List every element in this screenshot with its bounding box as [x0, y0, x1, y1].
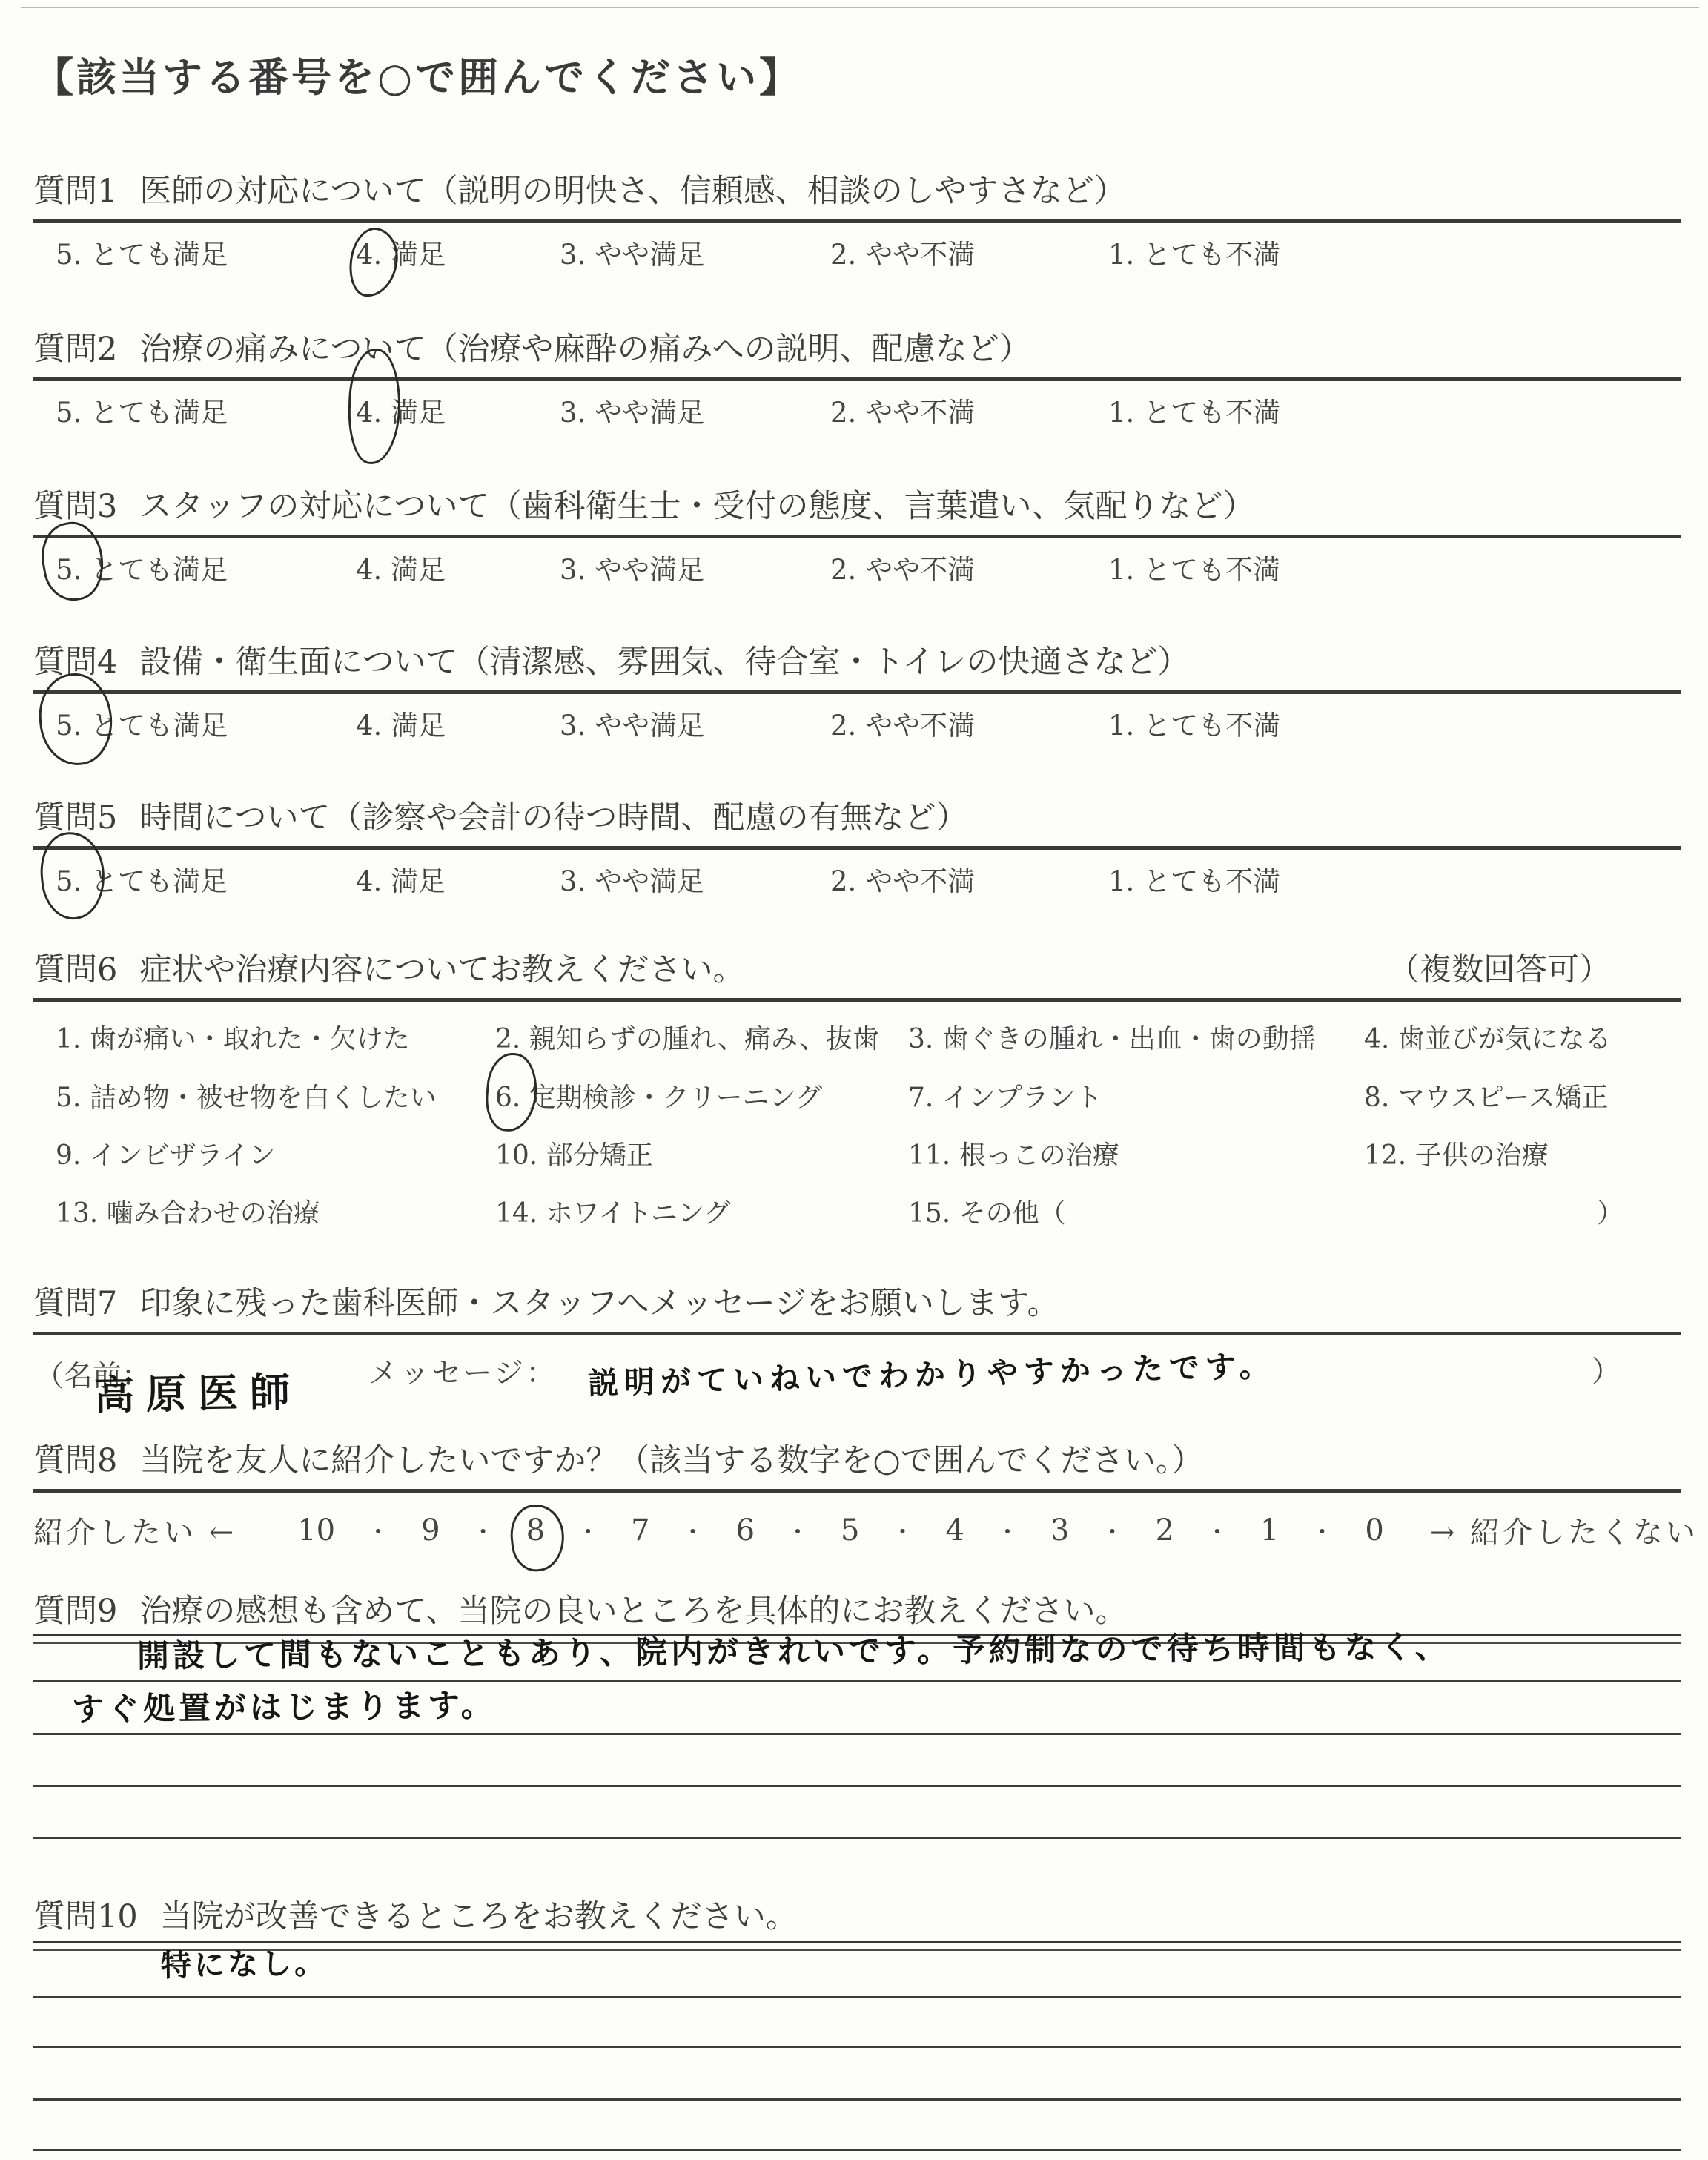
nps-scale-row: 紹介したい ← 10 ・ 9 ・ 8 ・ 7 ・ 6 ・ 5 ・ 4 ・ 3 ・… — [33, 1509, 1681, 1551]
question-1: 質問1 医師の対応について（説明の明快さ、信頼感、相談のしやすさなど） 5. と… — [33, 174, 1681, 271]
option: 1. とても不満 — [1108, 555, 1681, 587]
question-text: 当院を友人に紹介したいですか？（該当する数字を○で囲んでください。） — [139, 1444, 1203, 1479]
scale-number: 0 — [1343, 1513, 1406, 1548]
question-label: 質問6 — [33, 953, 117, 988]
answer-line — [33, 1785, 1681, 1787]
question-6-options-row-4: 13. 噛み合わせの治療 14. ホワイトニング 15. その他（ ） — [33, 1198, 1681, 1229]
question-text: 医師の対応について（説明の明快さ、信頼感、相談のしやすさなど） — [139, 174, 1125, 209]
question-10: 質問10 当院が改善できるところをお教えください。 特になし。 — [33, 1900, 1681, 2156]
option: 4. 満足 — [356, 710, 560, 742]
option: 1. とても不満 — [1108, 710, 1681, 742]
question-7-title: 質問7 印象に残った歯科医師・スタッフへメッセージをお願いします。 — [33, 1287, 1681, 1321]
question-1-options: 5. とても満足 4. 満足 3. やや満足 2. やや不満 1. とても不満 — [33, 240, 1681, 271]
answer-line — [33, 2046, 1681, 2048]
question-6-options-row-2: 5. 詰め物・被せ物を白くしたい 6. 定期検診・クリーニング 7. インプラン… — [33, 1083, 1681, 1113]
message-field-label: メッセージ： — [368, 1350, 558, 1392]
scale-separator: ・ — [1301, 1513, 1343, 1548]
question-4-title: 質問4 設備・衛生面について（清潔感、雰囲気、待合室・トイレの快適さなど） — [33, 645, 1681, 680]
scan-edge-artifact — [21, 7, 1699, 8]
question-8-title: 質問8 当院を友人に紹介したいですか？（該当する数字を○で囲んでください。） — [33, 1444, 1681, 1479]
scale-number: 10 — [275, 1513, 357, 1548]
option: 5. 詰め物・被せ物を白くしたい — [56, 1083, 495, 1113]
option-circled: 5. とても満足 — [56, 555, 356, 587]
question-text: 治療の感想も含めて、当院の良いところを具体的にお教えください。 — [139, 1594, 1127, 1629]
question-7: 質問7 印象に残った歯科医師・スタッフへメッセージをお願いします。 （名前： 高… — [33, 1287, 1681, 1445]
question-label: 質問9 — [33, 1594, 117, 1629]
scale-left-label: 紹介したい ← — [33, 1509, 236, 1551]
close-paren: ） — [1592, 1349, 1621, 1390]
option: 2. 親知らずの腫れ、痛み、抜歯 — [495, 1024, 908, 1054]
scale-number-circled: 8 — [504, 1513, 567, 1548]
question-label: 質問4 — [33, 645, 117, 680]
scale-number: 9 — [399, 1513, 462, 1548]
question-text: スタッフの対応について（歯科衛生士・受付の態度、言葉遣い、気配りなど） — [139, 489, 1254, 524]
question-7-answer-row: （名前： 高原医師 メッセージ： 説明がていねいでわかりやすかったです。 ） — [33, 1349, 1681, 1445]
question-6-options-row-1: 1. 歯が痛い・取れた・欠けた 2. 親知らずの腫れ、痛み、抜歯 3. 歯ぐきの… — [33, 1024, 1681, 1054]
option: 4. 満足 — [356, 555, 560, 587]
question-text: 治療の痛みについて（治療や麻酔の痛みへの説明、配慮など） — [139, 332, 1030, 367]
scale-separator: ・ — [987, 1513, 1028, 1548]
question-5-options: 5. とても満足 4. 満足 3. やや満足 2. やや不満 1. とても不満 — [33, 866, 1681, 898]
question-6: 質問6 症状や治療内容についてお教えください。 （複数回答可） 1. 歯が痛い・… — [33, 953, 1681, 1229]
answer-line — [33, 1733, 1681, 1735]
option: 5. とても満足 — [56, 240, 356, 271]
title-underline — [33, 1332, 1681, 1335]
option: 7. インプラント — [908, 1083, 1364, 1113]
answer-line — [33, 1996, 1681, 1998]
question-1-title: 質問1 医師の対応について（説明の明快さ、信頼感、相談のしやすさなど） — [33, 174, 1681, 209]
option: 14. ホワイトニング — [495, 1198, 908, 1229]
title-underline — [33, 998, 1681, 1002]
question-text: 時間について（診察や会計の待つ時間、配慮の有無など） — [139, 801, 967, 836]
option: 3. やや満足 — [560, 866, 830, 898]
answer-line — [33, 1837, 1681, 1839]
option: 8. マウスピース矯正 — [1364, 1083, 1681, 1113]
question-2-title: 質問2 治療の痛みについて（治療や麻酔の痛みへの説明、配慮など） — [33, 332, 1681, 367]
question-5: 質問5 時間について（診察や会計の待つ時間、配慮の有無など） 5. とても満足 … — [33, 801, 1681, 898]
question-label: 質問1 — [33, 174, 117, 209]
scale-separator: ・ — [1091, 1513, 1133, 1548]
scale-separator: ・ — [357, 1513, 399, 1548]
multiple-answers-note: （複数回答可） — [1388, 953, 1611, 988]
title-underline — [33, 690, 1681, 694]
question-5-title: 質問5 時間について（診察や会計の待つ時間、配慮の有無など） — [33, 801, 1681, 836]
question-2-options: 5. とても満足 4. 満足 3. やや満足 2. やや不満 1. とても不満 — [33, 397, 1681, 429]
option-circled: 5. とても満足 — [56, 710, 356, 742]
question-label: 質問2 — [33, 332, 117, 367]
question-label: 質問3 — [33, 489, 117, 524]
option: 11. 根っこの治療 — [908, 1140, 1364, 1171]
title-underline — [33, 377, 1681, 381]
question-6-options-row-3: 9. インビザライン 10. 部分矯正 11. 根っこの治療 12. 子供の治療 — [33, 1140, 1681, 1171]
question-8: 質問8 当院を友人に紹介したいですか？（該当する数字を○で囲んでください。） 紹… — [33, 1444, 1681, 1551]
option-circled: 4. 満足 — [356, 397, 560, 429]
option: 9. インビザライン — [56, 1140, 495, 1171]
option-circled: 6. 定期検診・クリーニング — [495, 1083, 908, 1113]
option: 3. やや満足 — [560, 240, 830, 271]
option: 1. とても不満 — [1108, 397, 1681, 429]
question-3-options: 5. とても満足 4. 満足 3. やや満足 2. やや不満 1. とても不満 — [33, 555, 1681, 587]
question-3: 質問3 スタッフの対応について（歯科衛生士・受付の態度、言葉遣い、気配りなど） … — [33, 489, 1681, 587]
title-underline — [33, 219, 1681, 223]
option: 12. 子供の治療 — [1364, 1140, 1681, 1171]
scale-right-label: → 紹介したくない — [1430, 1509, 1698, 1551]
scale-number: 6 — [714, 1513, 777, 1548]
scale-number: 2 — [1133, 1513, 1196, 1548]
other-close-paren: ） — [1364, 1198, 1681, 1229]
question-3-title: 質問3 スタッフの対応について（歯科衛生士・受付の態度、言葉遣い、気配りなど） — [33, 489, 1681, 524]
handwritten-answer-line-2: すぐ処置がはじまります。 — [72, 1680, 497, 1730]
question-10-title: 質問10 当院が改善できるところをお教えください。 — [33, 1900, 1681, 1935]
answer-line — [33, 2149, 1681, 2151]
scale-number: 7 — [609, 1513, 672, 1548]
option-circled: 5. とても満足 — [56, 866, 356, 898]
scale-separator: ・ — [672, 1513, 714, 1548]
option: 10. 部分矯正 — [495, 1140, 908, 1171]
question-text: 当院が改善できるところをお教えください。 — [160, 1900, 798, 1935]
answer-line — [33, 2098, 1681, 2101]
title-underline — [33, 846, 1681, 850]
question-label: 質問5 — [33, 801, 117, 836]
option: 2. やや不満 — [830, 240, 1108, 271]
scale-separator: ・ — [881, 1513, 923, 1548]
handwritten-message-value: 説明がていねいでわかりやすかったです。 — [587, 1341, 1276, 1403]
handwritten-answer-line-1: 開設して間もないこともあり、院内がきれいです。予約制なので待ち時間もなく、 — [137, 1622, 1451, 1677]
question-label: 質問8 — [33, 1444, 117, 1479]
scale-separator: ・ — [463, 1513, 504, 1548]
title-underline — [33, 535, 1681, 538]
scale-number: 5 — [818, 1513, 881, 1548]
scale-number: 3 — [1028, 1513, 1091, 1548]
option: 1. とても不満 — [1108, 866, 1681, 898]
option: 2. やや不満 — [830, 866, 1108, 898]
option: 4. 歯並びが気になる — [1364, 1024, 1681, 1054]
option-circled: 4. 満足 — [356, 240, 560, 271]
option: 3. やや満足 — [560, 555, 830, 587]
question-label: 質問10 — [33, 1900, 138, 1935]
question-text: 症状や治療内容についてお教えください。 — [139, 953, 744, 988]
option: 1. 歯が痛い・取れた・欠けた — [56, 1024, 495, 1054]
question-text: 設備・衛生面について（清潔感、雰囲気、待合室・トイレの快適さなど） — [139, 645, 1189, 680]
question-label: 質問7 — [33, 1287, 117, 1321]
question-4: 質問4 設備・衛生面について（清潔感、雰囲気、待合室・トイレの快適さなど） 5.… — [33, 645, 1681, 742]
option: 13. 噛み合わせの治療 — [56, 1198, 495, 1229]
option: 3. やや満足 — [560, 710, 830, 742]
question-6-title: 質問6 症状や治療内容についてお教えください。 （複数回答可） — [33, 953, 1681, 988]
option: 1. とても不満 — [1108, 240, 1681, 271]
handwritten-name-value: 高原医師 — [93, 1361, 302, 1421]
handwritten-answer: 特になし。 — [160, 1938, 328, 1985]
scale-number: 4 — [924, 1513, 987, 1548]
title-underline — [33, 1489, 1681, 1493]
option: 2. やや不満 — [830, 397, 1108, 429]
form-instruction-heading: 【該当する番号を○で囲んでください】 — [33, 46, 802, 103]
option: 5. とても満足 — [56, 397, 356, 429]
scale-separator: ・ — [777, 1513, 818, 1548]
scale-separator: ・ — [1196, 1513, 1238, 1548]
option: 4. 満足 — [356, 866, 560, 898]
scale-number: 1 — [1238, 1513, 1301, 1548]
scale-separator: ・ — [567, 1513, 609, 1548]
question-4-options: 5. とても満足 4. 満足 3. やや満足 2. やや不満 1. とても不満 — [33, 710, 1681, 742]
option: 3. やや満足 — [560, 397, 830, 429]
option-other: 15. その他（ — [908, 1198, 1364, 1229]
option: 2. やや不満 — [830, 710, 1108, 742]
option: 2. やや不満 — [830, 555, 1108, 587]
option: 3. 歯ぐきの腫れ・出血・歯の動揺 — [908, 1024, 1364, 1054]
question-text: 印象に残った歯科医師・スタッフへメッセージをお願いします。 — [139, 1287, 1059, 1321]
question-9: 質問9 治療の感想も含めて、当院の良いところを具体的にお教えください。 開設して… — [33, 1594, 1681, 1846]
question-2: 質問2 治療の痛みについて（治療や麻酔の痛みへの説明、配慮など） 5. とても満… — [33, 332, 1681, 429]
